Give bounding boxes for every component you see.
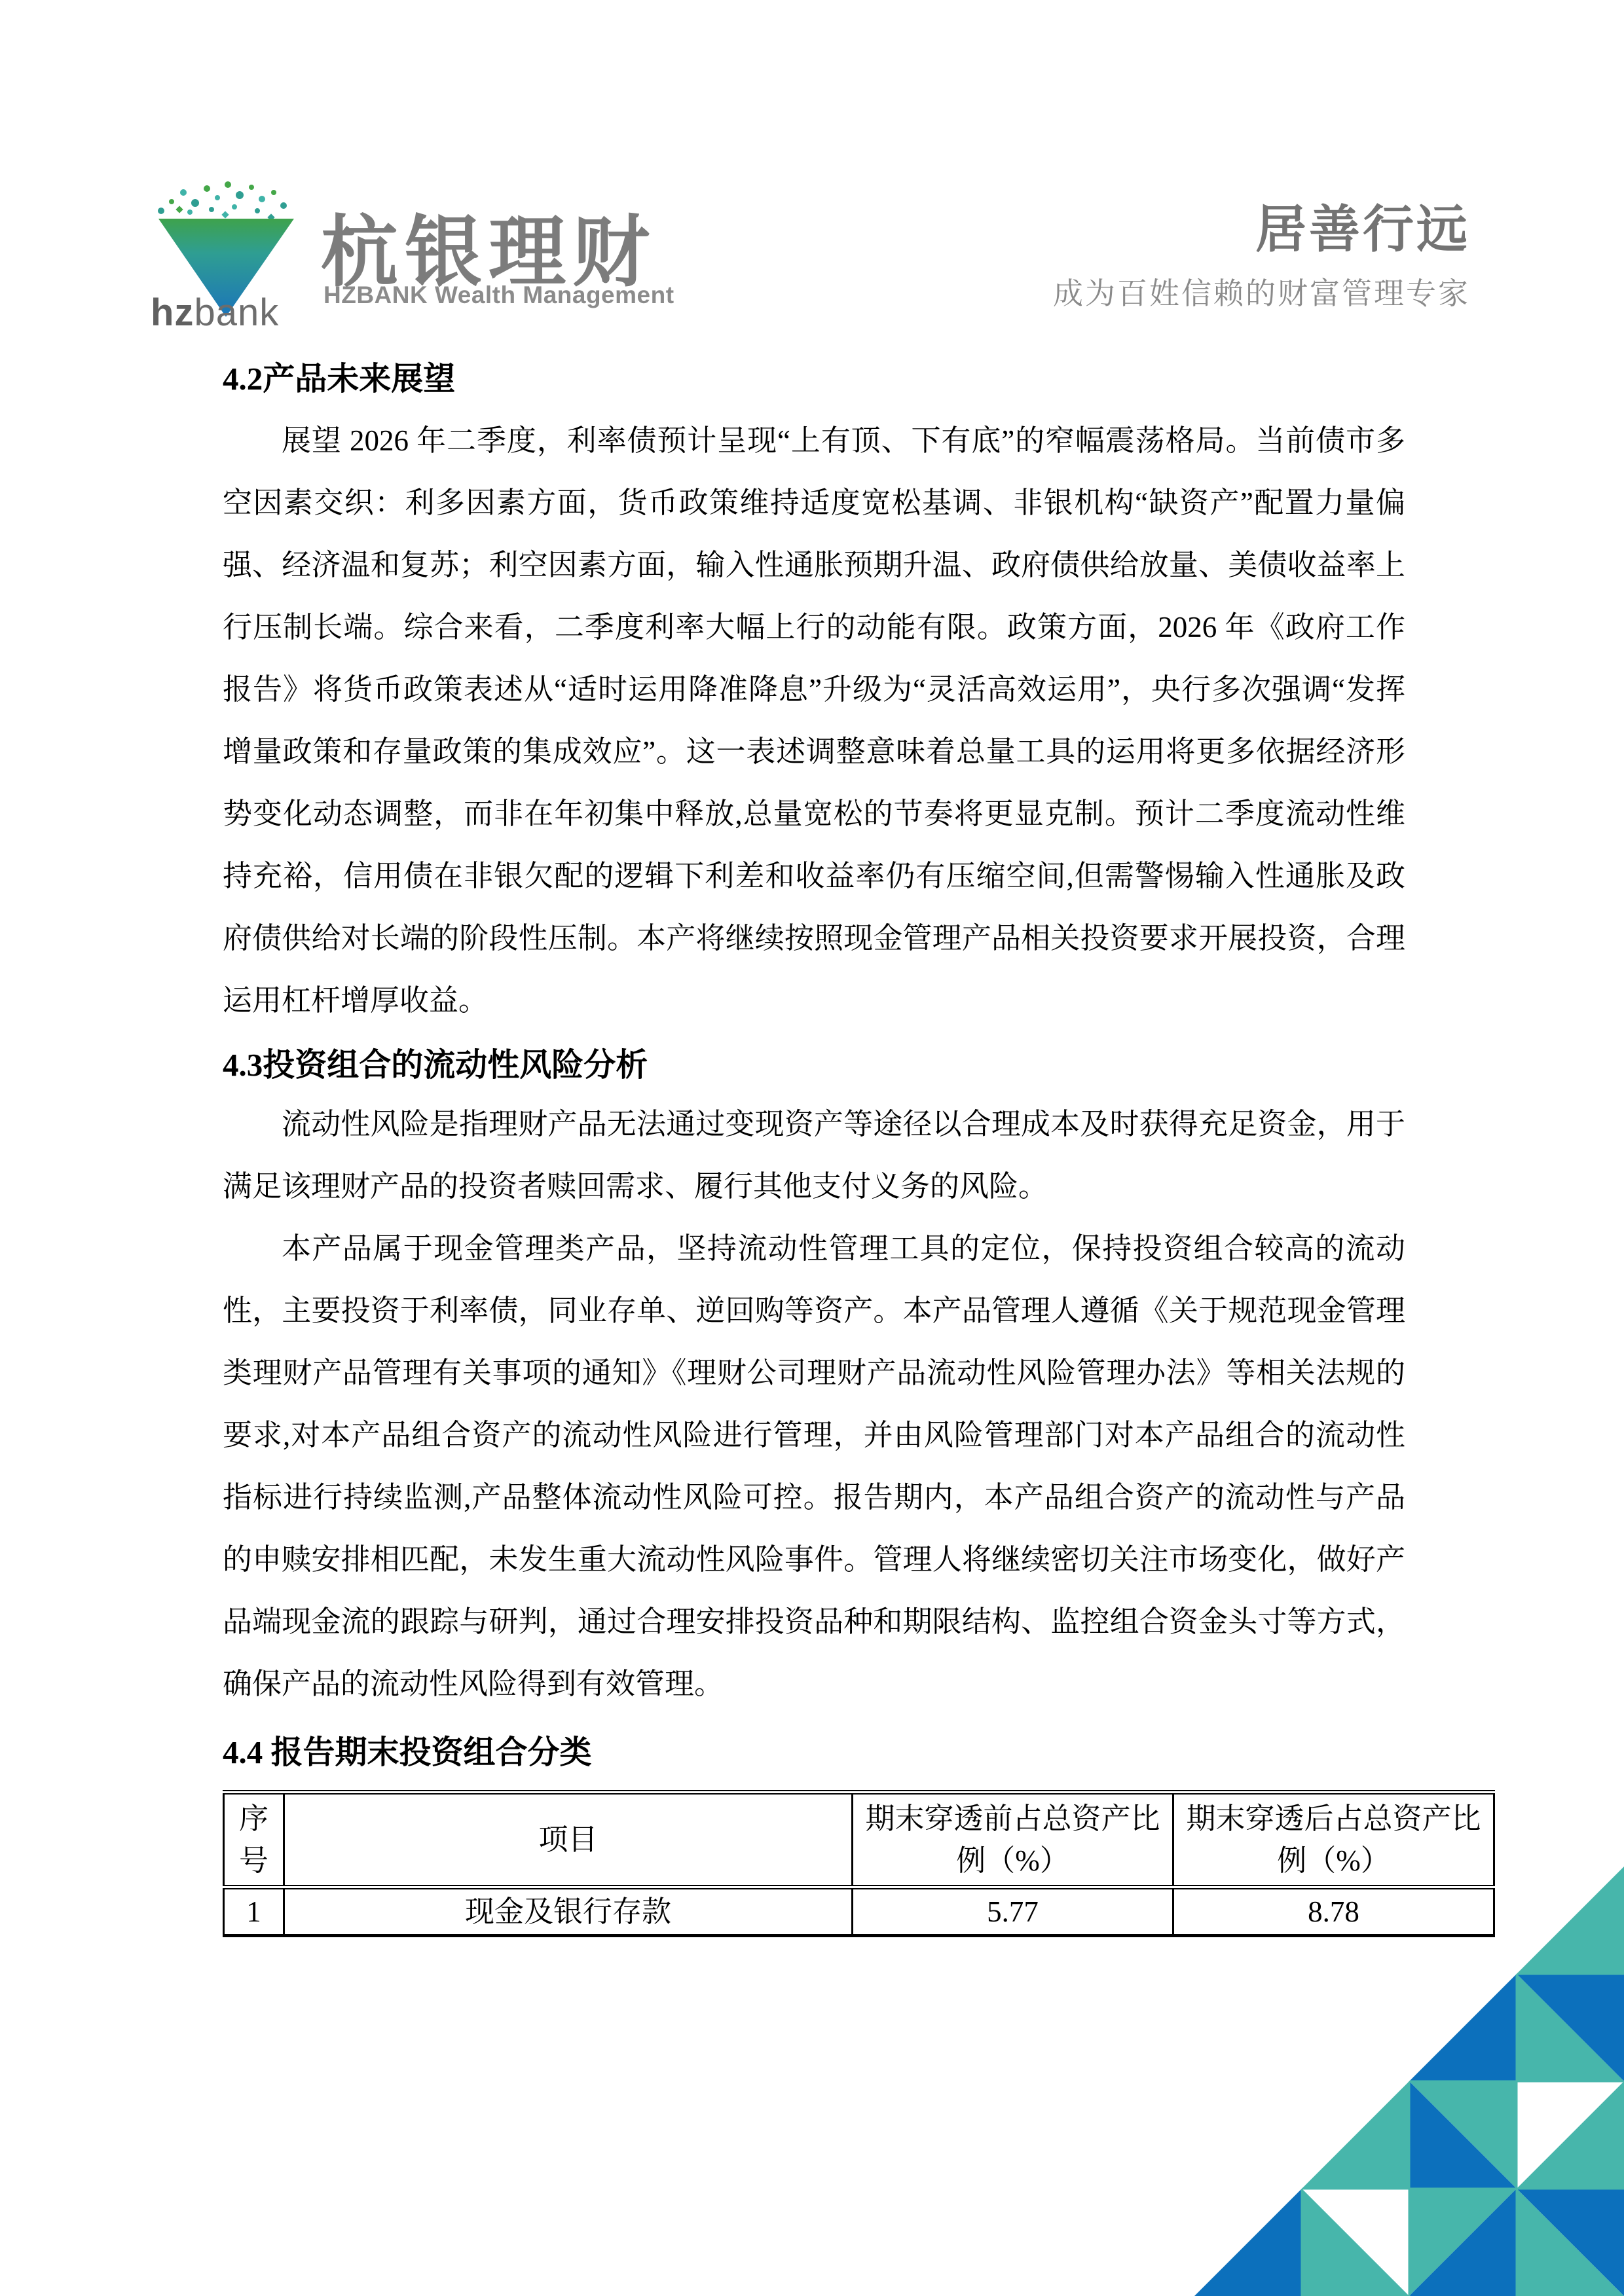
logo-bank: bank [194, 291, 279, 334]
col-header-item: 项目 [284, 1793, 853, 1887]
document-body: 4.2产品未来展望 展望 2026 年二季度，利率债预计呈现“上有顶、下有底”的… [223, 359, 1405, 1937]
cell-item: 现金及银行存款 [284, 1887, 853, 1936]
paragraph-liquidity-risk-management: 本产品属于现金管理类产品，坚持流动性管理工具的定位，保持投资组合较高的流动性，主… [223, 1218, 1405, 1715]
section-heading-4-2: 4.2产品未来展望 [223, 359, 1405, 399]
slogan-main: 居善行远 [1053, 196, 1470, 262]
brand-name-en: HZBANK Wealth Management [323, 282, 674, 309]
cell-index: 1 [224, 1887, 284, 1936]
hzbank-logo: hzbank 杭银理财 HZBANK Wealth Management [149, 178, 667, 335]
paragraph-liquidity-risk-definition: 流动性风险是指理财产品无法通过变现资产等途径以合理成本及时获得充足资金，用于满足… [223, 1093, 1405, 1218]
section-heading-4-3: 4.3投资组合的流动性风险分析 [223, 1045, 1405, 1085]
col-header-index: 序号 [224, 1793, 284, 1887]
logo-hz: hz [151, 291, 194, 334]
cell-pre-ratio: 5.77 [853, 1887, 1173, 1936]
slogan-sub: 成为百姓信赖的财富管理专家 [1053, 274, 1470, 313]
section-heading-4-4: 4.4 报告期末投资组合分类 [223, 1732, 1405, 1773]
col-header-pre-lookthrough: 期末穿透前占总资产比例（%） [853, 1793, 1173, 1887]
hzbank-logo-wordmark: hzbank [151, 291, 279, 335]
report-page: hzbank 杭银理财 HZBANK Wealth Management 居善行… [0, 0, 1624, 2296]
paragraph-outlook: 展望 2026 年二季度，利率债预计呈现“上有顶、下有底”的窄幅震荡格局。当前债… [223, 410, 1405, 1032]
corner-triangle-mosaic-decoration [1194, 1867, 1624, 2296]
slogan: 居善行远 成为百姓信赖的财富管理专家 [1053, 196, 1470, 313]
